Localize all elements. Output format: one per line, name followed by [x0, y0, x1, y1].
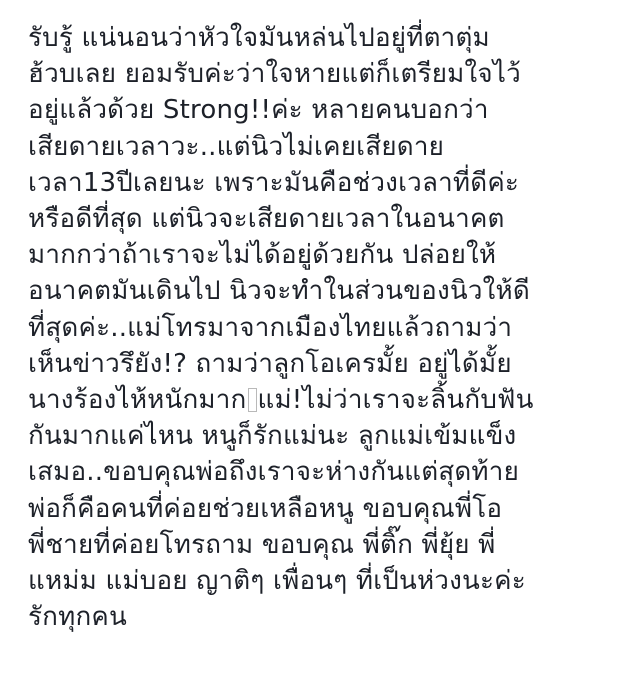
text-line: พ่อก็คือคนที่ค่อยช่วยเหลือหนู ขอบคุณพี่โ… [28, 491, 628, 527]
text-line: ที่สุดค่ะ..แม่โทรมาจากเมืองไทยแล้วถามว่า [28, 310, 628, 346]
text-line: เห็นข่าวรึยัง!? ถามว่าลูกโอเครมั้ย อยู่ไ… [28, 346, 628, 382]
text-line: เวลา13ปีเลยนะ เพราะมันคือช่วงเวลาที่ดีค่… [28, 165, 628, 201]
text-line: พี่ชายที่ค่อยโทรถาม ขอบคุณ พี่ติ๊ก พี่ยุ… [28, 527, 628, 563]
text-line: ฮ้วบเลย ยอมรับค่ะว่าใจหายแต่ก็เตรียมใจไว… [28, 56, 628, 92]
text-line: แหม่ม แม่บอย ญาติๆ เพื่อนๆ ที่เป็นห่วงนะ… [28, 563, 628, 599]
text-line: อยู่แล้วด้วย Strong!!ค่ะ หลายคนบอกว่า [28, 92, 628, 128]
text-line: เสมอ..ขอบคุณพ่อถึงเราจะห่างกันแต่สุดท้าย [28, 454, 628, 490]
post-text: รับรู้ แน่นอนว่าหัวใจมันหล่นไปอยู่ที่ตาต… [28, 20, 628, 635]
text-segment: นางร้องไห้หนักมาก [28, 385, 247, 415]
text-line: กันมากแค่ไหน หนูก็รักแม่นะ ลูกแม่เข้มแข็… [28, 418, 628, 454]
text-line: รับรู้ แน่นอนว่าหัวใจมันหล่นไปอยู่ที่ตาต… [28, 20, 628, 56]
text-segment: แม่!ไม่ว่าเราจะลิ้นกับฟัน [258, 385, 534, 415]
text-line: อนาคตมันเดินไป นิวจะทำในส่วนของนิวให้ดี [28, 273, 628, 309]
text-line: เสียดายเวลาวะ..แต่นิวไม่เคยเสียดาย [28, 129, 628, 165]
text-line-with-missing-glyph: นางร้องไห้หนักมากแม่!ไม่ว่าเราจะลิ้นกับฟ… [28, 382, 628, 418]
text-line: หรือดีที่สุด แต่นิวจะเสียดายเวลาในอนาคต [28, 201, 628, 237]
text-line: รักทุกคน [28, 599, 628, 635]
missing-glyph-icon [248, 388, 257, 412]
text-line: มากกว่าถ้าเราจะไม่ได้อยู่ด้วยกัน ปล่อยให… [28, 237, 628, 273]
